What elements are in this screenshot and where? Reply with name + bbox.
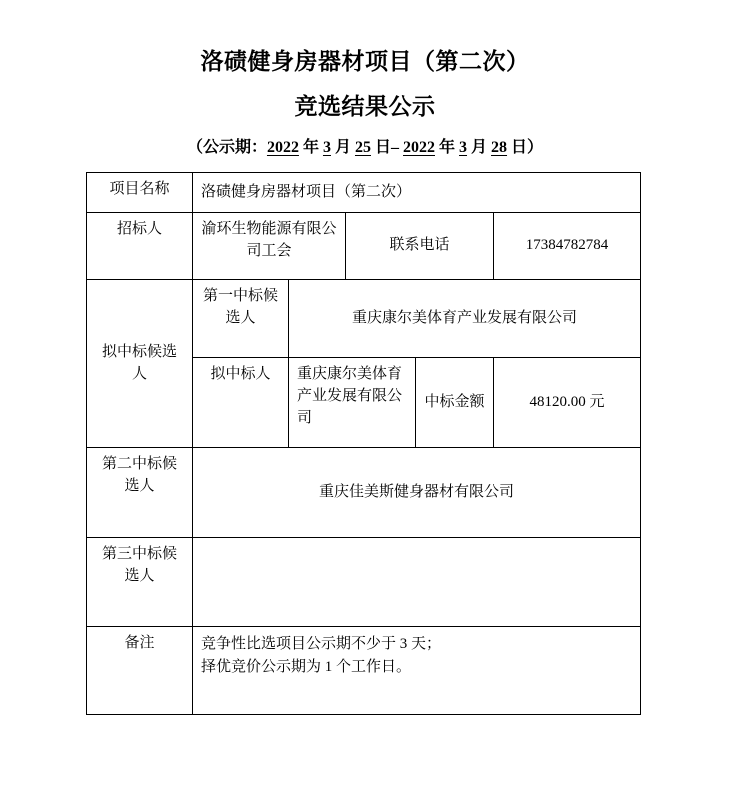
project-name-label: 项目名称 [87,173,193,213]
proposed-candidates-label: 拟中标候选人 [87,280,193,448]
document-title-line1: 洛碛健身房器材项目（第二次） [0,50,730,73]
table-row: 备注 竞争性比选项目公示期不少于 3 天； 择优竞价公示期为 1 个工作日。 [87,627,641,715]
table-row: 拟中标候选人 第一中标候选人 重庆康尔美体育产业发展有限公司 [87,280,641,358]
tenderee-value: 渝环生物能源有限公司工会 [193,213,346,280]
award-amount-label: 中标金额 [416,358,494,448]
notice-period-segment: 月 [467,139,491,156]
contact-phone-label: 联系电话 [346,213,494,280]
document-page: 洛碛健身房器材项目（第二次） 竞选结果公示 （公示期：2022 年 3 月 25… [0,0,730,806]
third-candidate-label: 第三中标候选人 [87,538,193,627]
notice-period-segment: （公示期： [187,139,267,156]
remarks-label: 备注 [87,627,193,715]
second-candidate-label: 第二中标候选人 [87,448,193,538]
notice-period-start-month: 3 [323,139,331,156]
third-candidate-value [193,538,641,627]
notice-period-line: （公示期：2022 年 3 月 25 日– 2022 年 3 月 28 日） [0,140,730,156]
second-candidate-value: 重庆佳美斯健身器材有限公司 [193,448,641,538]
notice-period-segment: 年 [299,139,323,156]
proposed-winner-value: 重庆康尔美体育产业发展有限公司 [289,358,416,448]
table-row: 第二中标候选人 重庆佳美斯健身器材有限公司 [87,448,641,538]
tender-result-table: 项目名称 洛碛健身房器材项目（第二次） 招标人 渝环生物能源有限公司工会 联系电… [86,172,641,715]
table-row: 招标人 渝环生物能源有限公司工会 联系电话 17384782784 [87,213,641,280]
notice-period-segment: 月 [331,139,355,156]
notice-period-start-year: 2022 [267,139,299,156]
proposed-winner-label: 拟中标人 [193,358,289,448]
notice-period-end-month: 3 [459,139,467,156]
document-title-line2: 竞选结果公示 [0,95,730,118]
first-candidate-value: 重庆康尔美体育产业发展有限公司 [289,280,641,358]
contact-phone-value: 17384782784 [494,213,641,280]
remarks-value: 竞争性比选项目公示期不少于 3 天； 择优竞价公示期为 1 个工作日。 [193,627,641,715]
notice-period-segment: 日– [371,139,403,156]
tenderee-label: 招标人 [87,213,193,280]
table-row: 第三中标候选人 [87,538,641,627]
remarks-line-2: 择优竞价公示期为 1 个工作日。 [201,656,632,679]
notice-period-segment: 日） [507,139,543,156]
notice-period-end-day: 28 [491,139,507,156]
notice-period-segment: 年 [435,139,459,156]
award-amount-value: 48120.00 元 [494,358,641,448]
project-name-value: 洛碛健身房器材项目（第二次） [193,173,641,213]
notice-period-end-year: 2022 [403,139,435,156]
table-row: 项目名称 洛碛健身房器材项目（第二次） [87,173,641,213]
remarks-line-1: 竞争性比选项目公示期不少于 3 天； [201,633,632,656]
first-candidate-label: 第一中标候选人 [193,280,289,358]
notice-period-start-day: 25 [355,139,371,156]
